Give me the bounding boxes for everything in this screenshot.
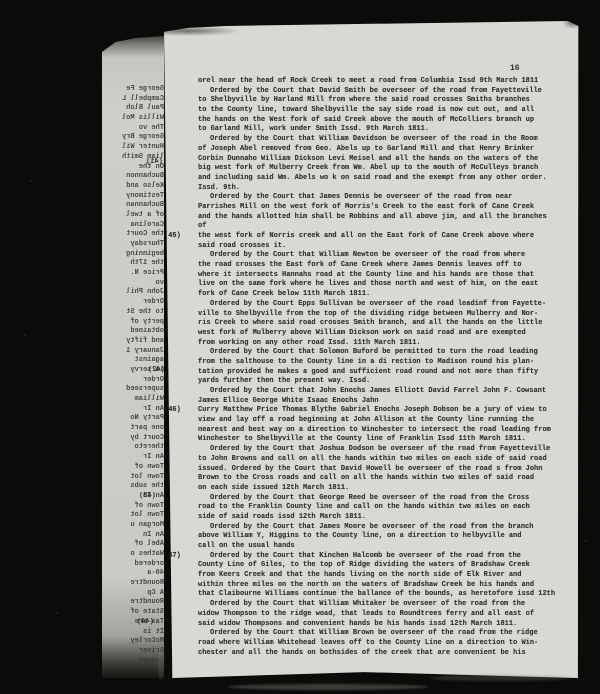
mirrored-text-line: Paul Bloh — [102, 104, 164, 114]
text-line: that Claibourne Williams continue the ba… — [198, 590, 554, 600]
text-line: Ordered by the Court Epps Sullivan be ov… — [198, 300, 554, 310]
text-line: Ordered by the Court that William Davids… — [198, 135, 554, 145]
mirrored-text-line: Order — [102, 298, 164, 308]
text-line: James Ellice George White Isaac Enochs J… — [198, 397, 554, 407]
mirrored-text-line: Campbell L — [102, 95, 164, 105]
dust-speck — [24, 334, 26, 336]
mirrored-text-line: An Ir — [102, 405, 164, 415]
mirrored-text-line: 40-a — [102, 569, 164, 579]
mirrored-text-line: the 17th — [102, 259, 164, 269]
mirrored-text-line: Town of — [102, 463, 164, 473]
mirrored-text-line: Wathes o — [102, 550, 164, 560]
text-line: Ordered by the Court that William Brown … — [198, 629, 554, 639]
mirrored-text-line: Order — [102, 376, 164, 386]
text-line: Issd. 9th. — [198, 184, 554, 194]
mirrored-page-strip: George FeCampbell LPaul BlohWillis MolTh… — [102, 36, 164, 678]
margin-note: (47) — [164, 552, 181, 560]
mirrored-text-line: ordered — [102, 560, 164, 570]
dust-speck — [585, 540, 587, 542]
text-line: road where William Whitehead leaves off … — [198, 639, 554, 649]
mirrored-text-line: the subs — [102, 482, 164, 492]
mirrored-text-line: superseed — [102, 385, 164, 395]
text-line: the road crosses the East fork of Cane C… — [198, 261, 554, 271]
mirrored-text-line: Morgan u — [102, 521, 164, 531]
text-line: ris Creek to where said road crosses Smi… — [198, 319, 554, 329]
mirrored-text-line: thereto — [102, 443, 164, 453]
mirrored-text-line: It is — [102, 628, 164, 638]
mirrored-text-line: An Ir — [102, 453, 164, 463]
page-text: orel near the head of Rock Creek to meet… — [198, 77, 554, 658]
mirrored-text-line: Joseph — [102, 657, 164, 667]
text-line: to John Browns and call on all the hands… — [198, 455, 554, 465]
text-line: from working on any other road Issd. 11t… — [198, 339, 554, 349]
mirrored-text-line: George Fe — [102, 85, 164, 95]
text-line: Curry Matthew Price Thomas Blythe Gabrie… — [198, 406, 554, 416]
text-line: orel near the head of Rock Creek to meet… — [198, 77, 554, 87]
text-line: and the hands allotted him shall be Robb… — [198, 213, 554, 223]
text-line: call on the usual hands — [198, 542, 554, 552]
mirrored-text-line: William — [102, 395, 164, 405]
text-line: Ordered by the Court that Solomon Buford… — [198, 348, 554, 358]
document-page: 16 orel near the head of Rock Creek to m… — [164, 20, 580, 680]
mirrored-text-line: Kelso and — [102, 182, 164, 192]
mirrored-text-line: Thursday — [102, 240, 164, 250]
text-line: west fork of Mulberry above William Dick… — [198, 329, 554, 339]
mirrored-text-line: Willis Mol — [102, 114, 164, 124]
text-line: and including said Wm. Abels wo k on sai… — [198, 174, 554, 184]
gutter-mark — [158, 640, 164, 680]
text-line: view and lay off a road beginning at Joh… — [198, 416, 554, 426]
mirrored-text-line: Carolina — [102, 221, 164, 231]
text-line: the west fork of Norris creek and all on… — [198, 232, 554, 242]
mirrored-text-line: Driver — [102, 647, 164, 657]
text-line: Ordered by the Court that Joshua Dodson … — [198, 445, 554, 455]
mirrored-text-line: the Court — [102, 230, 164, 240]
text-line: road to the Franklin County line and cal… — [198, 503, 554, 513]
text-line: tation provided he makes a good and suff… — [198, 368, 554, 378]
mirrored-text-line: A Cp — [102, 589, 164, 599]
mirrored-text-line: beginning — [102, 250, 164, 260]
text-line: ville to Shelbyville from the top of the… — [198, 310, 554, 320]
mirrored-text-line: perty of — [102, 318, 164, 328]
text-line: from Keers Creek and that the hands livi… — [198, 571, 554, 581]
text-line: to Garland Mill, work under Smith Issd. … — [198, 125, 554, 135]
text-line: Ordered by the Court that David Smith be… — [198, 87, 554, 97]
mirrored-text-line: January 1 — [102, 347, 164, 357]
text-line: on each side issued 12th March 1811. — [198, 484, 554, 494]
mirrored-text-line: of a twel — [102, 211, 164, 221]
page-number: 16 — [510, 64, 520, 73]
mirrored-text-line: to the St — [102, 308, 164, 318]
mirrored-text-line: Testimony — [102, 192, 164, 202]
film-smudge — [430, 675, 570, 681]
mirrored-text-line: against — [102, 356, 164, 366]
mirrored-text-line: State of — [102, 608, 164, 618]
page-edge-shadow — [562, 20, 578, 29]
mirrored-text-line: Buchannan — [102, 201, 164, 211]
text-line: Ordered by the Court that William Whitak… — [198, 600, 554, 610]
text-line: chester and all the hands on bothsides o… — [198, 649, 554, 659]
text-line: County Line of Giles, to the top of Ridg… — [198, 561, 554, 571]
dust-speck — [30, 180, 32, 182]
text-line: fork of Cane Creek below 11th March 1811… — [198, 290, 554, 300]
text-line: Brown to the Cross roads and call on all… — [198, 474, 554, 484]
text-line: yards further then the present way. Issd… — [198, 377, 554, 387]
text-line: Ordered by the Court that James Moore be… — [198, 523, 554, 533]
mirrored-text-line: Tax are — [102, 618, 164, 628]
mirrored-text-line: McCorley — [102, 637, 164, 647]
text-line: Corbin Dunnaho William Dickson Levi Meis… — [198, 155, 554, 165]
mirrored-text-line: Town lot — [102, 473, 164, 483]
text-line: nearest and best way on a direction to W… — [198, 426, 554, 436]
text-line: Winchester to Shelbyville at the County … — [198, 435, 554, 445]
mirrored-text-line: Roundtre — [102, 598, 164, 608]
mirrored-text-line: John Phil — [102, 288, 164, 298]
text-line: to the County line, toward Shelbyville t… — [198, 106, 554, 116]
text-line: said road crosses it. — [198, 242, 554, 252]
text-line: side of said roads issd 12th March 1811. — [198, 513, 554, 523]
text-line: where it intersects Hannahs road at the … — [198, 271, 554, 281]
mirrored-text-line: Price N. — [102, 269, 164, 279]
mirrored-text-line: Court by — [102, 434, 164, 444]
text-line: above William Y, Higgins to the County l… — [198, 532, 554, 542]
mirrored-text-line: Abel of — [102, 540, 164, 550]
dust-speck — [56, 612, 58, 614]
mirrored-text: George FeCampbell LPaul BlohWillis MolTh… — [102, 85, 164, 666]
text-line: Ordered by the Court that John Enochs Ja… — [198, 387, 554, 397]
text-line: of Joseph Abel removed from Geo. Abels u… — [198, 145, 554, 155]
mirrored-text-line: vo — [102, 279, 164, 289]
mirrored-text-line: George Bry — [102, 133, 164, 143]
text-line: Ordered by the Court that Kinchen Halcom… — [198, 552, 554, 562]
text-line: big west fork of Mulberry Creek from Wm.… — [198, 164, 554, 174]
margin-note: (46) — [164, 406, 181, 414]
text-line: Ordered by the Court that James Dennis b… — [198, 193, 554, 203]
mirrored-margin-note: (42) — [148, 366, 165, 374]
text-line: of — [198, 222, 554, 232]
text-line: Ordered by the Court that George Reed be… — [198, 494, 554, 504]
text-line: Parrishes Mill on the west fork of Morri… — [198, 203, 554, 213]
text-line: the hands on the West fork of said Creek… — [198, 116, 554, 126]
text-line: within three miles on the north on the w… — [198, 581, 554, 591]
text-line: from the salthouse to the County line in… — [198, 358, 554, 368]
mirrored-text-line: Hunter Wil — [102, 143, 164, 153]
text-line: issued. Ordered by the Court that David … — [198, 465, 554, 475]
mirrored-text-line: and fifty — [102, 337, 164, 347]
mirrored-text-line: obtained — [102, 327, 164, 337]
mirrored-text-line: one part — [102, 424, 164, 434]
page-edge-shadow — [164, 26, 242, 36]
text-line: said widow Thompsons and convenient hand… — [198, 620, 554, 630]
text-line: live on the same fork where he lives and… — [198, 280, 554, 290]
text-line: to Shelbyville by Harland Mill from wher… — [198, 96, 554, 106]
mirrored-margin-note: (41) — [146, 158, 163, 166]
mirrored-text-line: Buchannon — [102, 172, 164, 182]
margin-note: (45) — [164, 232, 181, 240]
mirrored-text-line: Party No — [102, 414, 164, 424]
text-line: Ordered by the Court that William Newton… — [198, 251, 554, 261]
text-line: widow Thompson to the ridge woad, that l… — [198, 610, 554, 620]
mirrored-margin-note: (43) — [139, 492, 156, 500]
microfilm-background: George FeCampbell LPaul BlohWillis MolTh… — [0, 0, 600, 694]
film-smudge — [228, 684, 428, 690]
mirrored-text-line: An In — [102, 531, 164, 541]
mirrored-margin-note: (44) — [137, 618, 154, 626]
mirrored-text-line: Town of — [102, 502, 164, 512]
mirrored-text-line: Town lot — [102, 511, 164, 521]
mirrored-text-line: Roundtre — [102, 579, 164, 589]
mirrored-text-line: The vo — [102, 124, 164, 134]
